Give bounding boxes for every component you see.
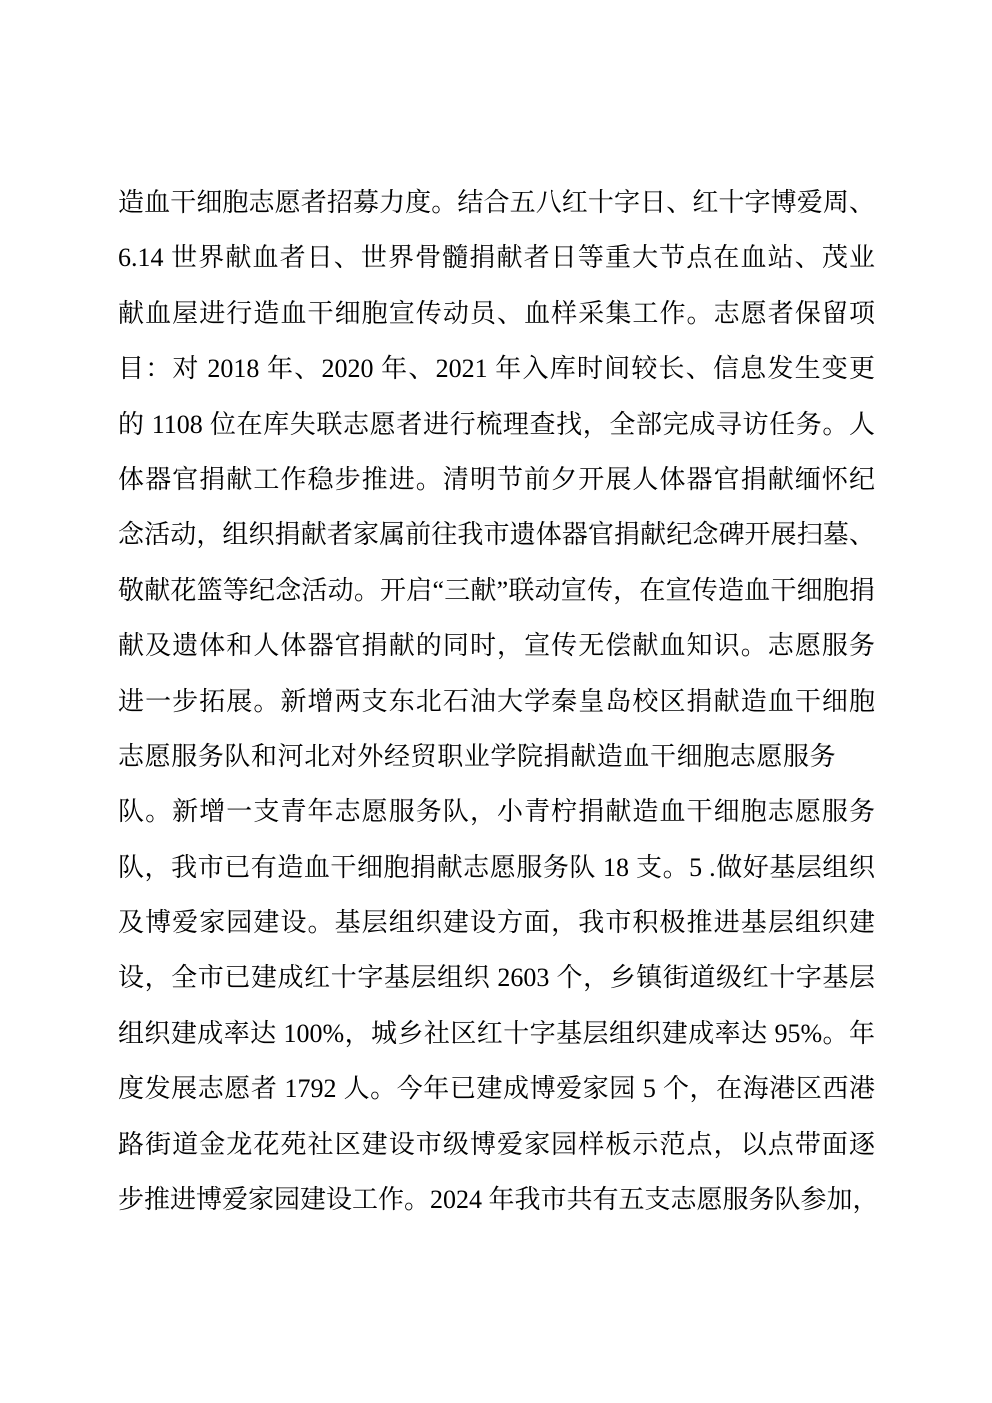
text-line: 队，我市已有造血干细胞捐献志愿服务队 18 支。5 .做好基层组织	[118, 840, 875, 895]
text-block: 造血干细胞志愿者招募力度。结合五八红十字日、红十字博爱周、6.14 世界献血者日…	[118, 175, 875, 1227]
text-line: 队。新增一支青年志愿服务队，小青柠捐献造血干细胞志愿服务	[118, 784, 875, 839]
document-page: 造血干细胞志愿者招募力度。结合五八红十字日、红十字博爱周、6.14 世界献血者日…	[0, 0, 992, 1403]
text-line: 敬献花篮等纪念活动。开启“三献”联动宣传，在宣传造血干细胞捐	[118, 563, 875, 618]
text-line: 志愿服务队和河北对外经贸职业学院捐献造血干细胞志愿服务	[118, 729, 875, 784]
text-line: 设，全市已建成红十字基层组织 2603 个，乡镇街道级红十字基层	[118, 950, 875, 1005]
text-line: 及博爱家园建设。基层组织建设方面，我市积极推进基层组织建	[118, 895, 875, 950]
text-line: 步推进博爱家园建设工作。2024 年我市共有五支志愿服务队参加，	[118, 1172, 875, 1227]
text-line: 进一步拓展。新增两支东北石油大学秦皇岛校区捐献造血干细胞	[118, 674, 875, 729]
text-line: 路街道金龙花苑社区建设市级博爱家园样板示范点，以点带面逐	[118, 1117, 875, 1172]
text-line: 造血干细胞志愿者招募力度。结合五八红十字日、红十字博爱周、	[118, 175, 875, 230]
text-line: 念活动，组织捐献者家属前往我市遗体器官捐献纪念碑开展扫墓、	[118, 507, 875, 562]
text-line: 献及遗体和人体器官捐献的同时，宣传无偿献血知识。志愿服务	[118, 618, 875, 673]
text-line: 度发展志愿者 1792 人。今年已建成博爱家园 5 个，在海港区西港	[118, 1061, 875, 1116]
text-line: 献血屋进行造血干细胞宣传动员、血样采集工作。志愿者保留项	[118, 286, 875, 341]
text-line: 目：对 2018 年、2020 年、2021 年入库时间较长、信息发生变更	[118, 341, 875, 396]
text-line: 6.14 世界献血者日、世界骨髓捐献者日等重大节点在血站、茂业	[118, 230, 875, 285]
text-line: 的 1108 位在库失联志愿者进行梳理查找，全部完成寻访任务。人	[118, 397, 875, 452]
text-line: 体器官捐献工作稳步推进。清明节前夕开展人体器官捐献缅怀纪	[118, 452, 875, 507]
text-line: 组织建成率达 100%，城乡社区红十字基层组织建成率达 95%。年	[118, 1006, 875, 1061]
